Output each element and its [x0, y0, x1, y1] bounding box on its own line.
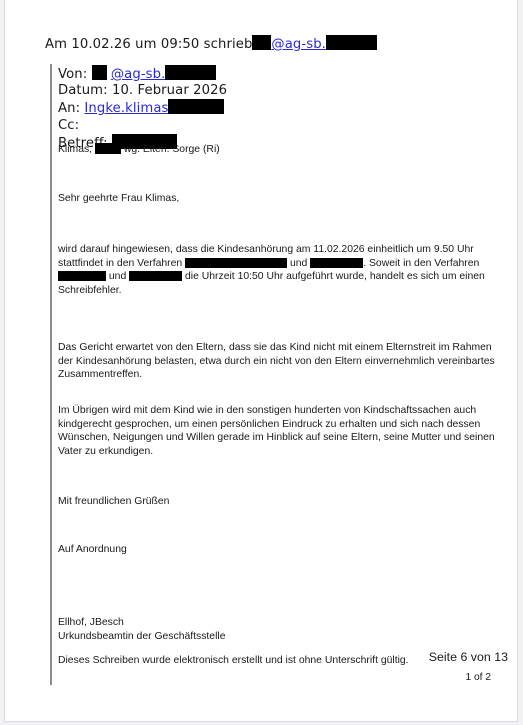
signature-name: Ellhof, JBesch: [58, 616, 498, 630]
email-headers: Von: @ag-sb. Datum: 10. Februar 2026 An:…: [58, 65, 227, 152]
date-label: Datum:: [58, 83, 108, 98]
paragraph1-line4: Schreibfehler.: [58, 284, 498, 298]
header-from: Von: @ag-sb.: [58, 65, 227, 83]
redacted-case-2: [310, 258, 363, 268]
from-email-link[interactable]: @ag-sb.: [111, 67, 166, 82]
paragraph1-line2: stattfindet in den Verfahren und . Sowei…: [58, 257, 498, 271]
header-to: An: Ingke.klimas: [58, 99, 227, 117]
redacted-case-3: [58, 271, 106, 281]
redacted-sender-name: [252, 35, 271, 50]
redacted-to-domain: [168, 99, 224, 114]
signature-title: Urkundsbeamtin der Geschäftsstelle: [58, 630, 498, 644]
from-label: Von:: [58, 67, 87, 82]
subject-detail-prefix: Klimas,: [58, 144, 92, 155]
closing: Mit freundlichen Grüßen: [58, 495, 498, 509]
to-email-link[interactable]: Ingke.klimas: [84, 101, 168, 116]
redacted-case-4: [129, 271, 182, 281]
subject-detail-suffix: wg. Elterl. Sorge (Ri): [124, 144, 220, 155]
redacted-case-1: [185, 258, 287, 268]
redacted-from-name: [92, 65, 107, 80]
subject-detail-line: Klimas, wg. Elterl. Sorge (Ri): [58, 143, 220, 156]
paragraph-parental-conflict: Das Gericht erwartet von den Eltern, das…: [58, 341, 498, 382]
redacted-case-number: [95, 143, 121, 154]
reply-intro-prefix: Am 10.02.26 um 09:50 schrieb: [45, 37, 252, 52]
date-value: 10. Februar 2026: [112, 83, 227, 98]
cc-label: Cc:: [58, 118, 79, 133]
paragraph1-line3: und die Uhrzeit 10:50 Uhr aufgeführt wur…: [58, 270, 498, 284]
paragraph-child-interview: Im Übrigen wird mit dem Kind wie in den …: [58, 404, 498, 458]
paragraph1-line3-text-a: und: [109, 271, 126, 282]
by-order: Auf Anordnung: [58, 543, 498, 557]
header-date: Datum: 10. Februar 2026: [58, 83, 227, 99]
paragraph-hearing-time: wird darauf hingewiesen, dass die Kindes…: [58, 243, 498, 297]
paragraph1-line3-text-b: die Uhrzeit 10:50 Uhr aufgeführt wurde, …: [185, 271, 485, 282]
paragraph1-line2-text-b: und: [290, 258, 307, 269]
paragraph1-line2-text-c: . Soweit in den Verfahren: [363, 258, 479, 269]
page-count: 1 of 2: [466, 672, 492, 683]
header-cc: Cc:: [58, 118, 227, 134]
page-label: Seite 6 von 13: [429, 650, 508, 664]
paragraph1-line2-text-a: stattfindet in den Verfahren: [58, 258, 182, 269]
redacted-sender-domain: [326, 35, 377, 50]
paragraph1-line1: wird darauf hingewiesen, dass die Kindes…: [58, 243, 498, 257]
reply-intro-line: Am 10.02.26 um 09:50 schrieb@ag-sb.: [45, 35, 377, 53]
redacted-from-domain: [165, 65, 216, 80]
document-page: Am 10.02.26 um 09:50 schrieb@ag-sb. Von:…: [4, 0, 518, 722]
greeting: Sehr geehrte Frau Klimas,: [58, 192, 498, 206]
to-label: An:: [58, 101, 80, 116]
quote-bar: [50, 64, 52, 685]
sender-email-link[interactable]: @ag-sb.: [271, 37, 326, 52]
